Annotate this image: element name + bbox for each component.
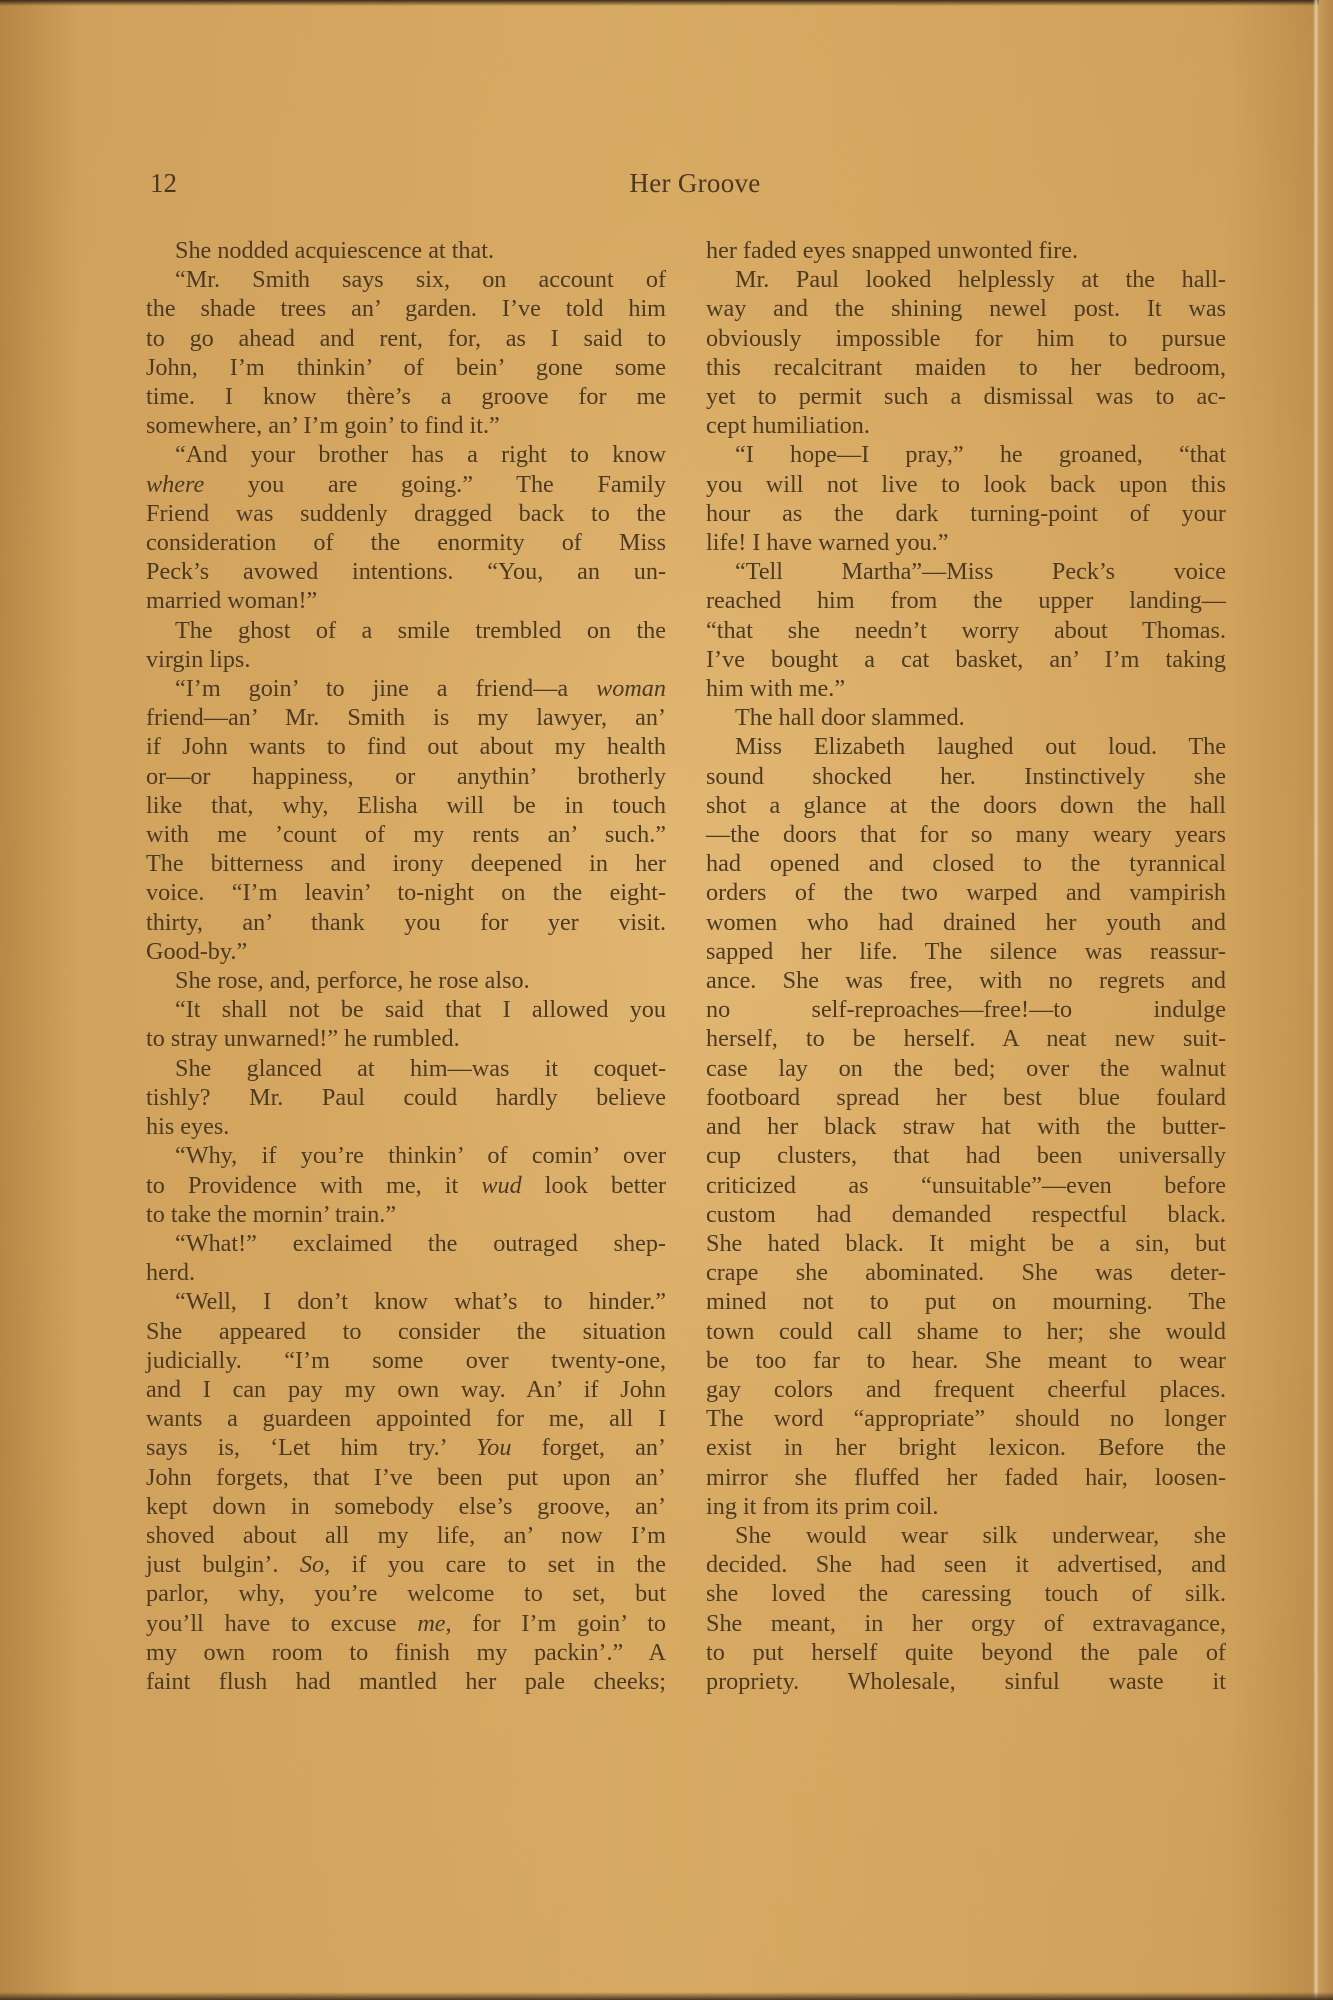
text-line: shoved about all my life, an’ now I’m [146,1521,666,1550]
paragraph: “I hope—I pray,” he groaned, “thatyou wi… [706,440,1226,557]
paragraph: She glanced at him—was it coquet-tishly?… [146,1054,666,1142]
text-line: “And your brother has a right to know [146,440,666,469]
text-line: to go ahead and rent, for, as I said to [146,324,666,353]
text-line: time. I know thère’s a groove for me [146,382,666,411]
text-line: cept humiliation. [706,411,1226,440]
text-line: if John wants to find out about my healt… [146,732,666,761]
text-line: She would wear silk underwear, she [706,1521,1226,1550]
paragraph: “It shall not be said that I allowed you… [146,995,666,1053]
text-line: thirty, an’ thank you for yer visit. [146,908,666,937]
text-line: obviously impossible for him to pursue [706,324,1226,353]
text-line: She glanced at him—was it coquet- [146,1054,666,1083]
paragraph: The ghost of a smile trembled on thevirg… [146,616,666,674]
text-column-left: She nodded acquiescence at that.“Mr. Smi… [146,236,666,1696]
paragraph: Mr. Paul looked helplessly at the hall-w… [706,265,1226,440]
paragraph: “What!” exclaimed the outraged shep-herd… [146,1229,666,1287]
text-line: “I hope—I pray,” he groaned, “that [706,440,1226,469]
text-line: John forgets, that I’ve been put upon an… [146,1463,666,1492]
text-line: The ghost of a smile trembled on the [146,616,666,645]
text-line: friend—an’ Mr. Smith is my lawyer, an’ [146,703,666,732]
paragraph: She rose, and, perforce, he rose also. [146,966,666,995]
text-line: life! I have warned you.” [706,528,1226,557]
text-line: orders of the two warped and vampirish [706,878,1226,907]
text-line: him with me.” [706,674,1226,703]
text-line: parlor, why, you’re welcome to set, but [146,1579,666,1608]
text-line: propriety. Wholesale, sinful waste it [706,1667,1226,1696]
text-line: “that she needn’t worry about Thomas. [706,616,1226,645]
text-line: to take the mornin’ train.” [146,1200,666,1229]
text-line: be too far to hear. She meant to wear [706,1346,1226,1375]
text-line: “Tell Martha”—Miss Peck’s voice [706,557,1226,586]
text-line: reached him from the upper landing— [706,586,1226,615]
text-line: his eyes. [146,1112,666,1141]
running-title: Her Groove [150,168,1240,199]
text-line: to Providence with me, it wud look bette… [146,1171,666,1200]
text-line: She hated black. It might be a sin, but [706,1229,1226,1258]
text-line: hour as the dark turning-point of your [706,499,1226,528]
text-line: where you are going.” The Family [146,470,666,499]
text-line: with me ’count of my rents an’ such.” [146,820,666,849]
text-column-right: her faded eyes snapped unwonted fire.Mr.… [706,236,1226,1696]
text-line: She meant, in her orgy of extravagance, [706,1609,1226,1638]
text-line: kept down in somebody else’s groove, an’ [146,1492,666,1521]
text-line: sapped her life. The silence was reassur… [706,937,1226,966]
text-line: decided. She had seen it advertised, and [706,1550,1226,1579]
text-line: the shade trees an’ garden. I’ve told hi… [146,294,666,323]
text-line: Mr. Paul looked helplessly at the hall- [706,265,1226,294]
running-head: 12 Her Groove [150,168,1250,202]
text-line: “Well, I don’t know what’s to hinder.” [146,1287,666,1316]
text-line: ing it from its prim coil. [706,1492,1226,1521]
text-line: tishly? Mr. Paul could hardly believe [146,1083,666,1112]
paragraph: Miss Elizabeth laughed out loud. Thesoun… [706,732,1226,1520]
text-line: to put herself quite beyond the pale of [706,1638,1226,1667]
text-line: John, I’m thinkin’ of bein’ gone some [146,353,666,382]
text-line: The bitterness and irony deepened in her [146,849,666,878]
text-line: mined not to put on mourning. The [706,1287,1226,1316]
text-line: and I can pay my own way. An’ if John [146,1375,666,1404]
text-line: like that, why, Elisha will be in touch [146,791,666,820]
text-line: says is, ‘Let him try.’ You forget, an’ [146,1433,666,1462]
text-line: footboard spread her best blue foulard [706,1083,1226,1112]
text-line: and her black straw hat with the butter- [706,1112,1226,1141]
paragraph: “Mr. Smith says six, on account ofthe sh… [146,265,666,440]
paragraph: She nodded acquiescence at that. [146,236,666,265]
text-line: “Mr. Smith says six, on account of [146,265,666,294]
text-line: sound shocked her. Instinctively she [706,762,1226,791]
text-line: She nodded acquiescence at that. [146,236,666,265]
text-line: town could call shame to her; she would [706,1317,1226,1346]
text-line: criticized as “unsuitable”—even before [706,1171,1226,1200]
paragraph: “Well, I don’t know what’s to hinder.”Sh… [146,1287,666,1696]
paragraph: “Tell Martha”—Miss Peck’s voicereached h… [706,557,1226,703]
text-line: The hall door slammed. [706,703,1226,732]
text-line: —the doors that for so many weary years [706,820,1226,849]
text-line: Good-by.” [146,937,666,966]
paragraph: “And your brother has a right to knowwhe… [146,440,666,615]
paragraph: her faded eyes snapped unwonted fire. [706,236,1226,265]
page-edge-highlight [1313,0,1319,2000]
text-line: The word “appropriate” should no longer [706,1404,1226,1433]
text-line: She rose, and, perforce, he rose also. [146,966,666,995]
text-line: “It shall not be said that I allowed you [146,995,666,1024]
paragraph: “I’m goin’ to jine a friend—a womanfrien… [146,674,666,966]
text-line: I’ve bought a cat basket, an’ I’m taking [706,645,1226,674]
text-line: She appeared to consider the situation [146,1317,666,1346]
page-bottom-shadow [0,1992,1333,2000]
text-line: married woman!” [146,586,666,615]
text-line: case lay on the bed; over the walnut [706,1054,1226,1083]
text-line: no self-reproaches—free!—to indulge [706,995,1226,1024]
page-stack-edge [1319,0,1333,2000]
text-line: Peck’s avowed intentions. “You, an un- [146,557,666,586]
text-line: wants a guardeen appointed for me, all I [146,1404,666,1433]
text-line: “Why, if you’re thinkin’ of comin’ over [146,1141,666,1170]
text-line: somewhere, an’ I’m goin’ to find it.” [146,411,666,440]
text-line: or—or happiness, or anythin’ brotherly [146,762,666,791]
text-line: herd. [146,1258,666,1287]
paragraph: “Why, if you’re thinkin’ of comin’ overt… [146,1141,666,1229]
text-line: virgin lips. [146,645,666,674]
text-line: yet to permit such a dismissal was to ac… [706,382,1226,411]
text-line: ance. She was free, with no regrets and [706,966,1226,995]
text-line: my own room to finish my packin’.” A [146,1638,666,1667]
text-line: shot a glance at the doors down the hall [706,791,1226,820]
book-page: 12 Her Groove She nodded acquiescence at… [0,0,1333,2000]
text-line: gay colors and frequent cheerful places. [706,1375,1226,1404]
text-line: herself, to be herself. A neat new suit- [706,1024,1226,1053]
text-line: mirror she fluffed her faded hair, loose… [706,1463,1226,1492]
text-line: exist in her bright lexicon. Before the [706,1433,1226,1462]
text-line: way and the shining newel post. It was [706,294,1226,323]
text-line: judicially. “I’m some over twenty-one, [146,1346,666,1375]
text-line: her faded eyes snapped unwonted fire. [706,236,1226,265]
text-line: you will not live to look back upon this [706,470,1226,499]
text-line: custom had demanded respectful black. [706,1200,1226,1229]
text-line: she loved the caressing touch of silk. [706,1579,1226,1608]
text-line: Friend was suddenly dragged back to the [146,499,666,528]
text-line: had opened and closed to the tyrannical [706,849,1226,878]
text-line: Miss Elizabeth laughed out loud. The [706,732,1226,761]
text-line: “What!” exclaimed the outraged shep- [146,1229,666,1258]
text-line: to stray unwarned!” he rumbled. [146,1024,666,1053]
paragraph: The hall door slammed. [706,703,1226,732]
text-line: cup clusters, that had been universally [706,1141,1226,1170]
text-line: just bulgin’. So, if you care to set in … [146,1550,666,1579]
page-top-shadow [0,0,1333,6]
text-line: crape she abominated. She was deter- [706,1258,1226,1287]
paragraph: She would wear silk underwear, shedecide… [706,1521,1226,1696]
text-line: you’ll have to excuse me, for I’m goin’ … [146,1609,666,1638]
text-line: consideration of the enormity of Miss [146,528,666,557]
text-line: faint flush had mantled her pale cheeks; [146,1667,666,1696]
text-line: this recalcitrant maiden to her bedroom, [706,353,1226,382]
text-line: “I’m goin’ to jine a friend—a woman [146,674,666,703]
text-line: voice. “I’m leavin’ to-night on the eigh… [146,878,666,907]
text-line: women who had drained her youth and [706,908,1226,937]
